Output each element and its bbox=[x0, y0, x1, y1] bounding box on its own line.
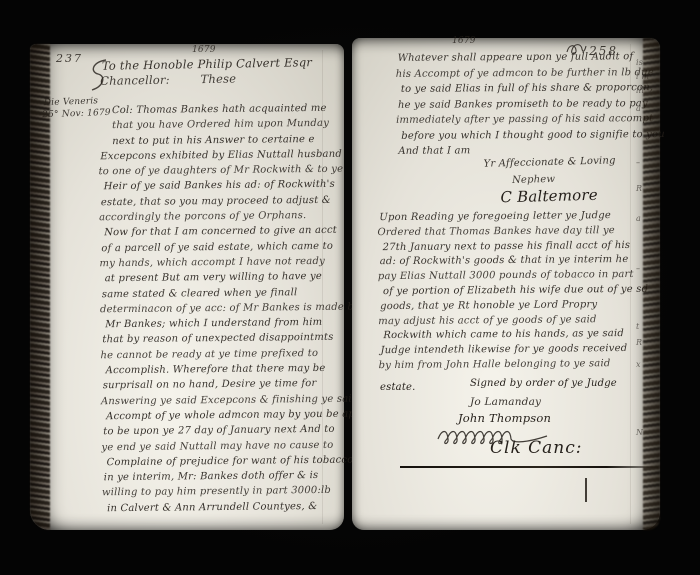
bottom-tick-mark bbox=[585, 478, 587, 502]
left-page: 237 1679 To the Honoble Philip Calvert E… bbox=[30, 44, 344, 530]
margin-mark: a bbox=[636, 214, 641, 223]
margin-mark: a bbox=[636, 104, 641, 113]
margin-mark: R bbox=[636, 184, 642, 193]
court-order-paragraph: Upon Reading ye foregoeing letter ye Jud… bbox=[379, 209, 642, 374]
margin-mark: – bbox=[636, 158, 640, 167]
heading-line: Chancellor: These bbox=[100, 70, 312, 88]
margin-mark: l m bbox=[636, 72, 649, 81]
margin-mark: t bbox=[636, 322, 639, 331]
manuscript-line: Whatever shall appeare upon ye full Audi… bbox=[398, 49, 648, 66]
manuscript-line: his Accompt of ye admcon to be further i… bbox=[396, 65, 648, 82]
marginalia-column: isl milla–Ra–tRxN bbox=[636, 38, 658, 530]
manuscript-line: before you which I thought good to signi… bbox=[401, 127, 648, 144]
left-page-number: 237 bbox=[56, 52, 83, 65]
estate-word: estate. bbox=[380, 382, 416, 393]
right-year-superscript: 1679 bbox=[452, 36, 476, 46]
margin-mark: N bbox=[636, 428, 643, 437]
manuscript-line: immediately after ye passing of his said… bbox=[396, 111, 648, 128]
signature-john-thompson: John Thompson bbox=[458, 411, 551, 425]
signed-by-order-line: Signed by order of ye Judge bbox=[470, 378, 617, 389]
letter-closing: Yr Affeccionate & LovingNephewC Baltemor… bbox=[483, 152, 616, 206]
letter-body-right: Whatever shall appeare upon ye full Audi… bbox=[398, 49, 649, 159]
letter-body-left: Col: Thomas Bankes hath acquainted metha… bbox=[100, 101, 342, 516]
manuscript-line: by him from John Halle belonging to ye s… bbox=[379, 357, 643, 374]
manuscript-line: in Calvert & Ann Arrundell Countyes, & bbox=[107, 498, 342, 516]
manuscript-line: to ye said Elias in full of his share & … bbox=[401, 80, 648, 97]
manuscript-line: he ye said Bankes promiseth to be ready … bbox=[398, 96, 648, 113]
clerk-of-chancery-signature: Clk Canc: bbox=[490, 438, 583, 458]
margin-mark: R bbox=[636, 338, 642, 347]
margin-mark: – bbox=[636, 264, 640, 273]
closing-line: C Baltemore bbox=[500, 186, 617, 206]
microfilm-photo: 237 1679 To the Honoble Philip Calvert E… bbox=[0, 0, 700, 575]
bottom-rule-line bbox=[400, 466, 658, 468]
right-page: 1679 258 Whatever shall appeare upon ye … bbox=[352, 38, 660, 530]
closing-line: Nephew bbox=[512, 169, 617, 189]
margin-mark: x bbox=[636, 360, 641, 369]
margin-mark: ill bbox=[636, 86, 644, 95]
signature-clerk-assistant: Jo Lamanday bbox=[470, 396, 541, 408]
letter-heading: To the Honoble Philip Calvert EsqrChance… bbox=[102, 55, 313, 88]
left-year-superscript: 1679 bbox=[192, 45, 216, 55]
margin-mark: is bbox=[636, 58, 643, 67]
